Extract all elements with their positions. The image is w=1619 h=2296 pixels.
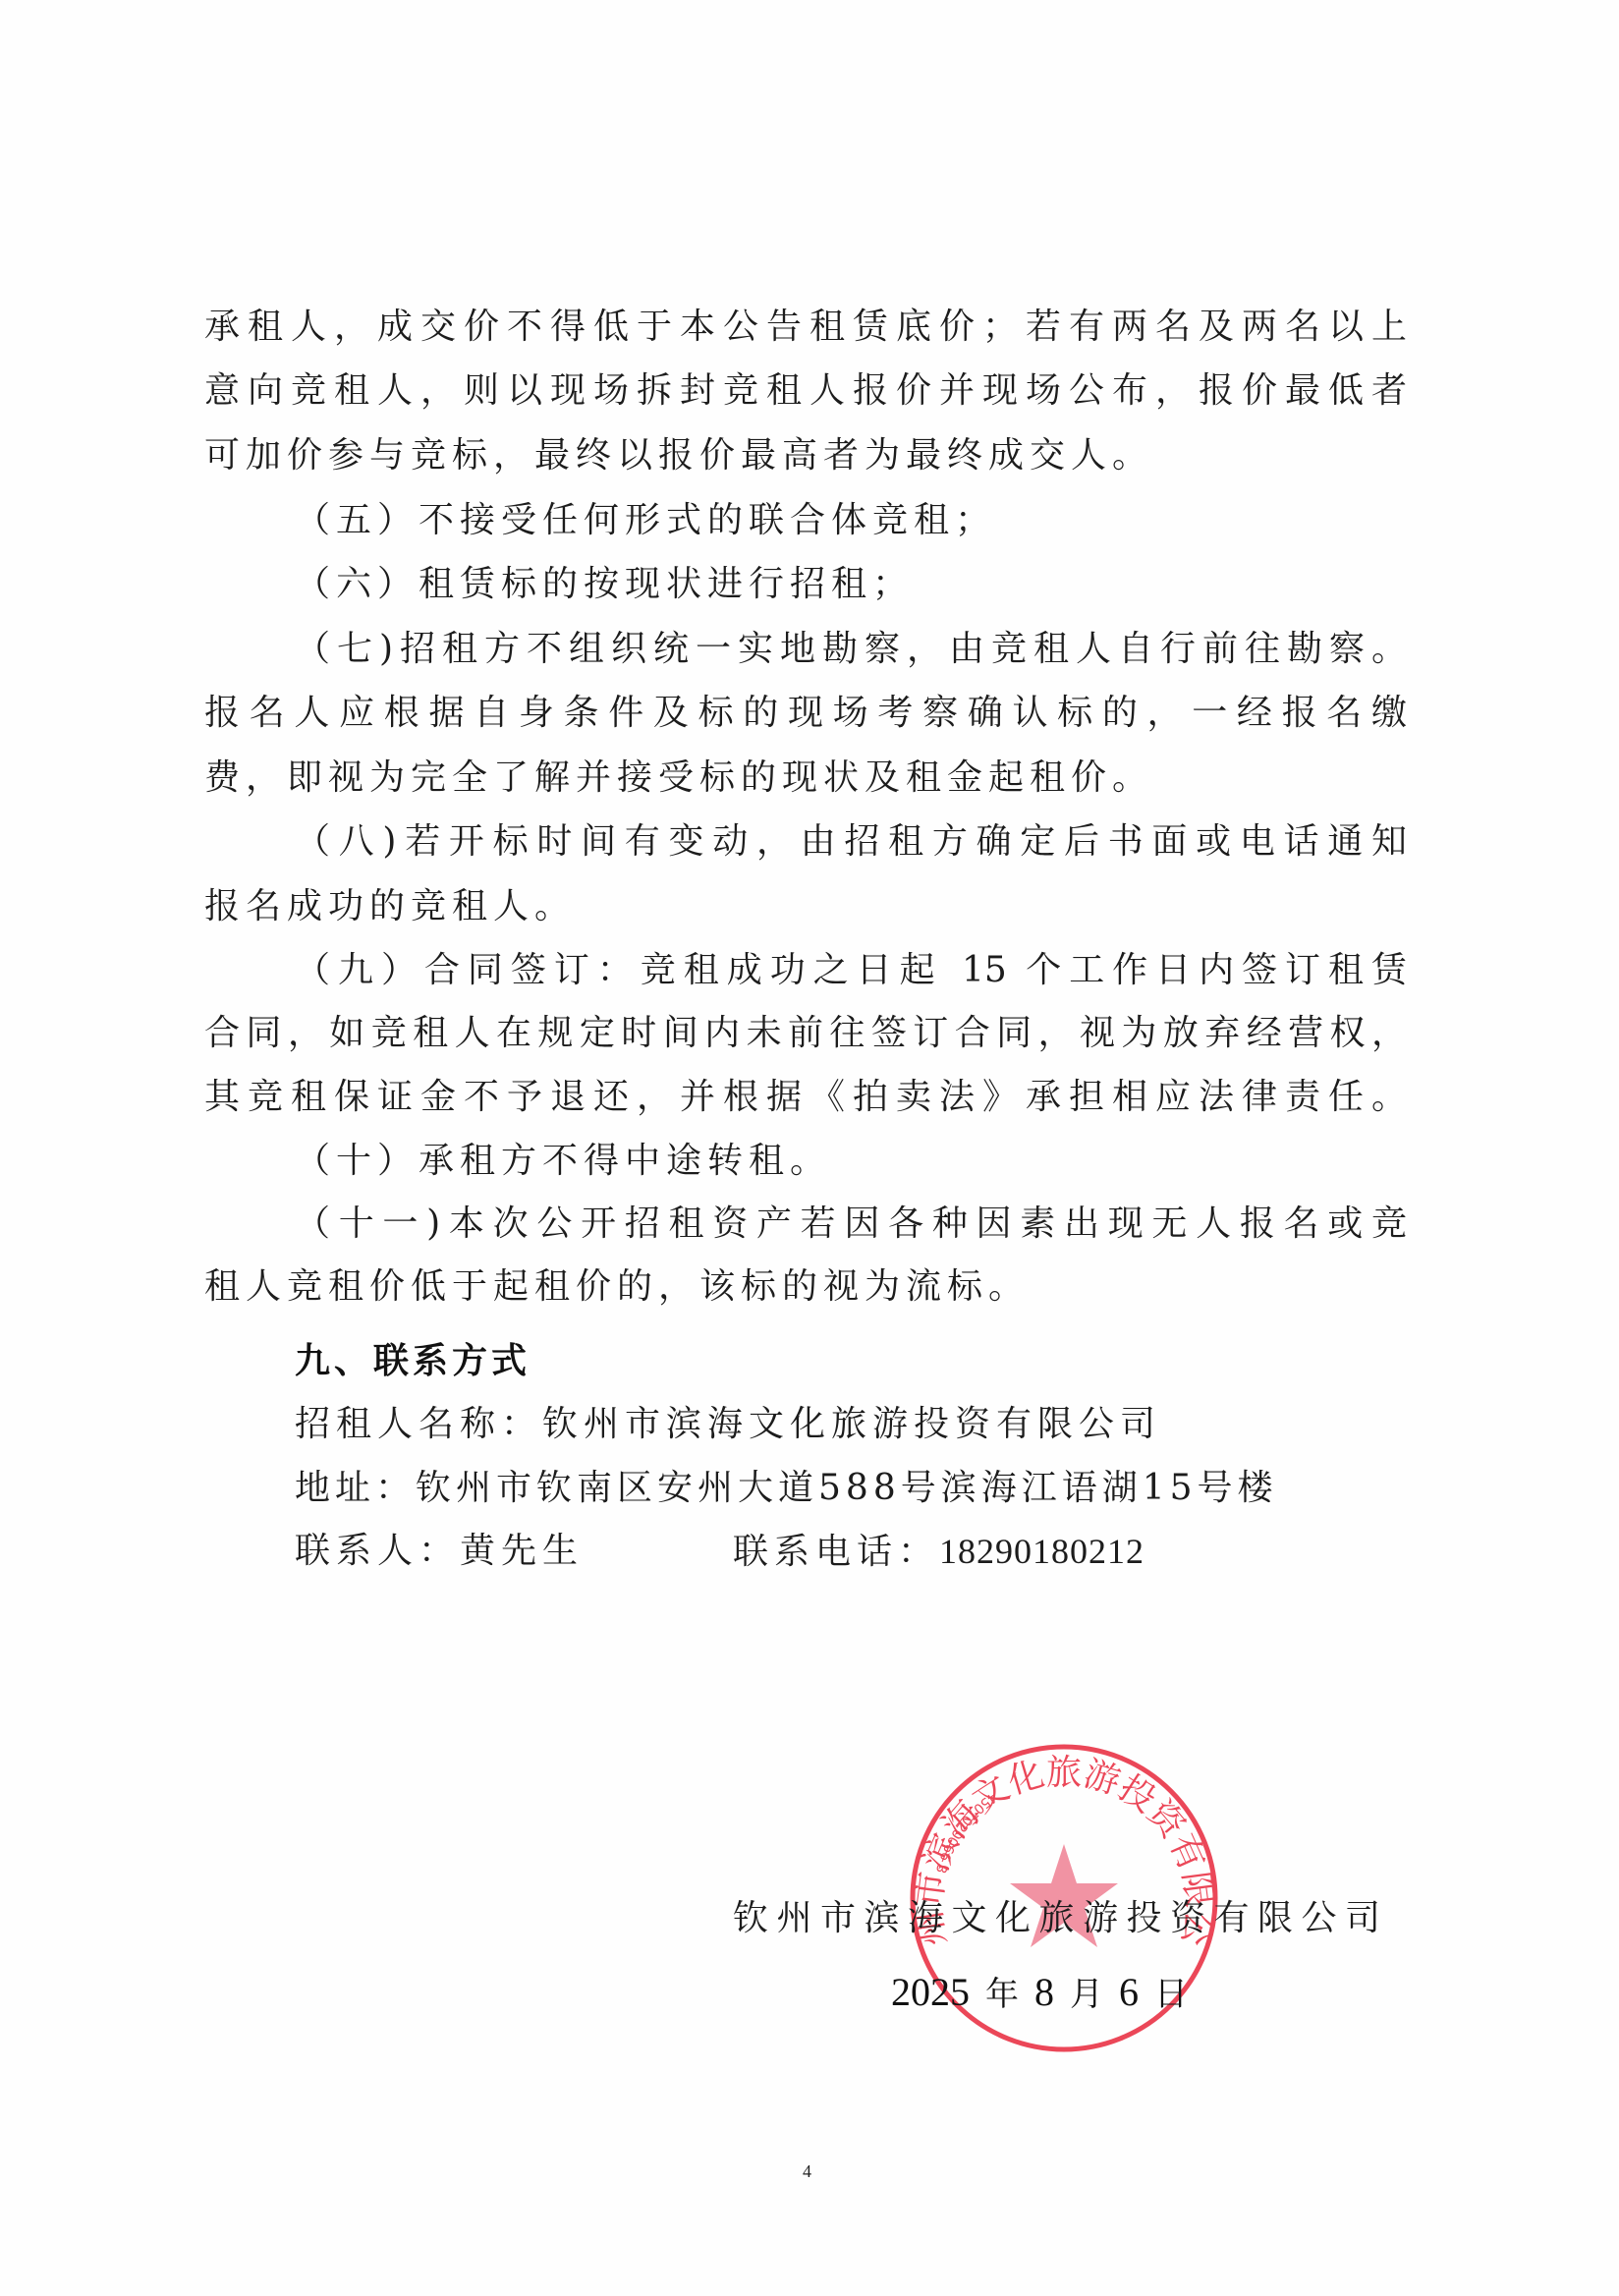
- date-year: 2025: [891, 1970, 970, 2014]
- address-label: 地址：: [295, 1468, 416, 1508]
- signature-company: 钦州市滨海文化旅游投资有限公司: [733, 1889, 1389, 1948]
- body-line: 费，即视为完全了解并接受标的现状及租金起租价。: [204, 749, 1153, 808]
- date-month-unit: 月: [1070, 1975, 1103, 2014]
- lessor-name-row: 招租人名称：钦州市滨海文化旅游投资有限公司: [295, 1395, 1161, 1454]
- signature-date: 2025 年 8 月 6 日: [891, 1963, 1188, 2022]
- body-line: 报名成功的竞租人。: [204, 877, 576, 936]
- clause-five: （五）不接受任何形式的联合体竞租；: [295, 491, 996, 550]
- date-year-unit: 年: [985, 1975, 1019, 2014]
- lessor-name: 钦州市滨海文化旅游投资有限公司: [542, 1404, 1161, 1444]
- date-day-unit: 日: [1154, 1975, 1188, 2014]
- document-page: 承租人，成交价不得低于本公告租赁底价；若有两名及两名以上 意向竞租人，则以现场拆…: [0, 0, 1619, 2296]
- clause-six: （六）租赁标的按现状进行招租；: [295, 555, 914, 614]
- phone-row: 联系电话：18290180212: [733, 1522, 1144, 1581]
- body-line: 可加价参与竞标，最终以报价最高者为最终成交人。: [204, 426, 1153, 485]
- address-value: 钦州市钦南区安州大道588号滨海江语湖15号楼: [416, 1468, 1278, 1508]
- lessor-label: 招租人名称：: [295, 1404, 542, 1444]
- phone-label: 联系电话：: [733, 1532, 939, 1572]
- body-line: 报名人应根据自身条件及标的现场考察确认标的，一经报名缴: [204, 684, 1407, 743]
- address-row: 地址：钦州市钦南区安州大道588号滨海江语湖15号楼: [295, 1459, 1278, 1518]
- body-line: 租人竞租价低于起租价的，该标的视为流标。: [204, 1258, 1030, 1316]
- phone-number: 18290180212: [939, 1532, 1144, 1571]
- date-month: 8: [1034, 1970, 1054, 2014]
- body-line: 其竞租保证金不予退还，并根据《拍卖法》承担相应法律责任。: [204, 1068, 1407, 1127]
- section-heading-contact: 九、联系方式: [295, 1332, 530, 1391]
- body-line: 意向竞租人，则以现场拆封竞租人报价并现场公布，报价最低者: [204, 362, 1407, 420]
- clause-ten: （十）承租方不得中途转租。: [295, 1132, 831, 1191]
- body-line: 合同，如竞租人在规定时间内未前往签订合同，视为放弃经营权，: [204, 1004, 1407, 1063]
- contact-person-row: 联系人：黄先生: [295, 1522, 584, 1581]
- contact-label: 联系人：: [295, 1531, 460, 1571]
- clause-seven: （七)招租方不组织统一实地勘察，由竞租人自行前往勘察。: [295, 620, 1407, 679]
- clause-eight: （八)若开标时间有变动，由招租方确定后书面或电话通知: [295, 812, 1407, 871]
- clause-nine: （九）合同签订：竞租成功之日起 15 个工作日内签订租赁: [295, 941, 1407, 1000]
- date-day: 6: [1119, 1970, 1139, 2014]
- clause-eleven: （十一)本次公开招租资产若因各种因素出现无人报名或竞: [295, 1195, 1407, 1254]
- page-number: 4: [803, 2161, 811, 2182]
- contact-name: 黄先生: [460, 1531, 584, 1571]
- body-line: 承租人，成交价不得低于本公告租赁底价；若有两名及两名以上: [204, 298, 1407, 357]
